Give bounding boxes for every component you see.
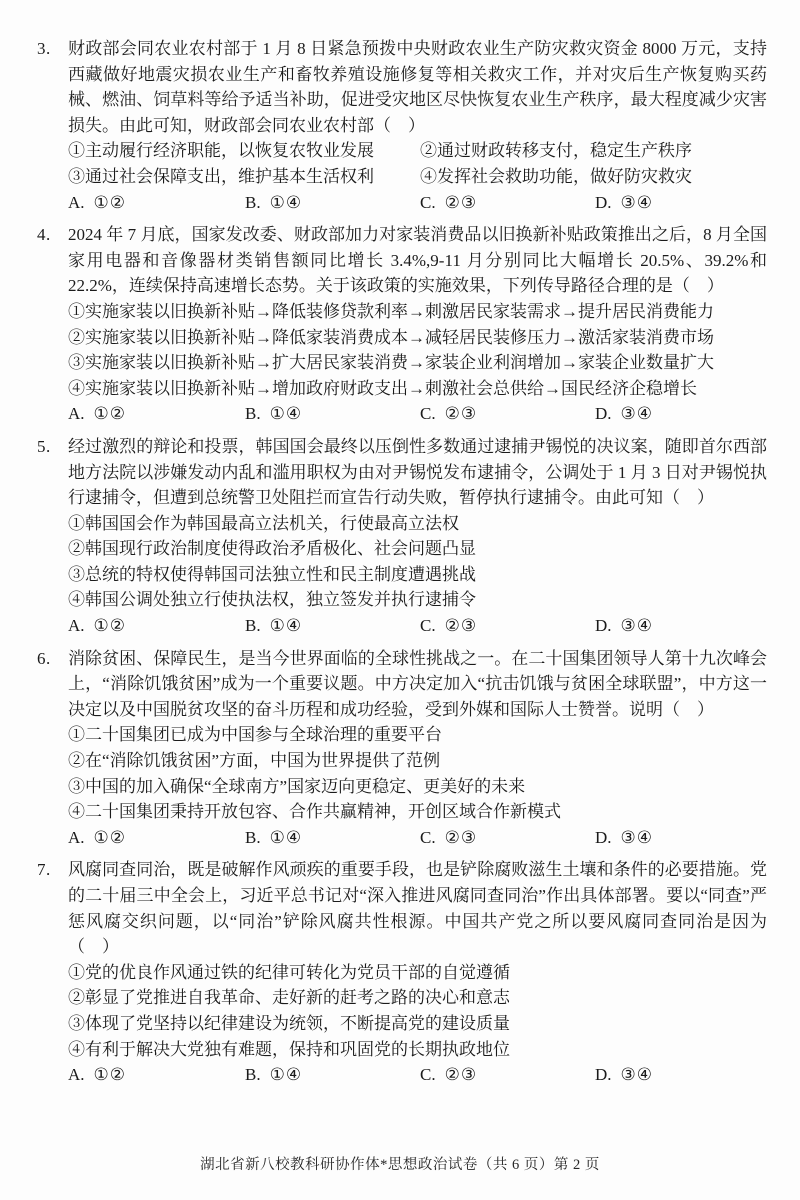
- question-item: 7.风腐同查同治，既是破解作风顽疾的重要手段，也是铲除腐败滋生土壤和条件的必要措…: [37, 857, 767, 1087]
- choice-item: D.③④: [595, 190, 767, 216]
- question-stem: 2024 年 7 月底，国家发改委、财政部加力对家装消费品以旧换新补贴政策推出之…: [68, 222, 767, 299]
- option-list: ①二十国集团已成为中国参与全球治理的重要平台②在“消除饥饿贫困”方面，中国为世界…: [68, 722, 767, 824]
- option-line: ③实施家装以旧换新补贴→扩大居民家装消费→家装企业利润增加→家装企业数量扩大: [68, 350, 767, 376]
- question-body: 风腐同查同治，既是破解作风顽疾的重要手段，也是铲除腐败滋生土壤和条件的必要措施。…: [68, 857, 767, 1087]
- question-item: 5.经过激烈的辩论和投票，韩国国会最终以压倒性多数通过逮捕尹锡悦的决议案，随即首…: [37, 434, 767, 639]
- question-list: 3.财政部会同农业农村部于 1 月 8 日紧急预拨中央财政农业生产防灾救灾资金 …: [37, 36, 767, 1088]
- choice-value: ①②: [94, 404, 126, 423]
- option-line: ②彰显了党推进自我革命、走好新的赶考之路的决心和意志: [68, 985, 767, 1011]
- choice-letter: D.: [595, 828, 612, 847]
- option-line: ③通过社会保障支出，维护基本生活权利: [68, 164, 420, 190]
- option-line: ④韩国公调处独立行使执法权，独立签发并执行逮捕令: [68, 587, 767, 613]
- choice-value: ①④: [270, 193, 302, 212]
- page-footer: 湖北省新八校教科研协作体*思想政治试卷（共 6 页）第 2 页: [0, 1153, 800, 1174]
- option-list: ①党的优良作风通过铁的纪律可转化为党员干部的自觉遵循②彰显了党推进自我革命、走好…: [68, 960, 767, 1062]
- option-line: ①党的优良作风通过铁的纪律可转化为党员干部的自觉遵循: [68, 960, 767, 986]
- choice-value: ①④: [270, 828, 302, 847]
- choice-item: B.①④: [245, 613, 420, 639]
- choice-value: ①②: [94, 828, 126, 847]
- option-line: ②韩国现行政治制度使得政治矛盾极化、社会问题凸显: [68, 536, 767, 562]
- question-body: 消除贫困、保障民生，是当今世界面临的全球性挑战之一。在二十国集团领导人第十九次峰…: [68, 646, 767, 851]
- question-number: 4.: [37, 222, 68, 427]
- choice-letter: C.: [420, 616, 436, 635]
- choice-letter: B.: [245, 828, 261, 847]
- choice-item: C.②③: [420, 825, 595, 851]
- choice-item: C.②③: [420, 613, 595, 639]
- choice-value: ③④: [621, 1065, 653, 1084]
- choice-letter: A.: [68, 616, 85, 635]
- choice-value: ①②: [94, 1065, 126, 1084]
- option-line: ②实施家装以旧换新补贴→降低家装消费成本→减轻居民装修压力→激活家装消费市场: [68, 325, 767, 351]
- choice-letter: D.: [595, 193, 612, 212]
- choice-value: ①④: [270, 616, 302, 635]
- option-line: ①二十国集团已成为中国参与全球治理的重要平台: [68, 722, 767, 748]
- choice-item: B.①④: [245, 401, 420, 427]
- choice-letter: B.: [245, 404, 261, 423]
- choice-item: D.③④: [595, 825, 767, 851]
- choice-item: D.③④: [595, 1062, 767, 1088]
- choice-item: A.①②: [68, 1062, 245, 1088]
- question-stem: 风腐同查同治，既是破解作风顽疾的重要手段，也是铲除腐败滋生土壤和条件的必要措施。…: [68, 857, 767, 959]
- choice-value: ②③: [445, 616, 477, 635]
- choice-value: ③④: [621, 616, 653, 635]
- question-stem: 消除贫困、保障民生，是当今世界面临的全球性挑战之一。在二十国集团领导人第十九次峰…: [68, 646, 767, 723]
- choice-item: A.①②: [68, 825, 245, 851]
- question-body: 经过激烈的辩论和投票，韩国国会最终以压倒性多数通过逮捕尹锡悦的决议案，随即首尔西…: [68, 434, 767, 639]
- choice-letter: D.: [595, 404, 612, 423]
- option-line: ②通过财政转移支付，稳定生产秩序: [420, 138, 767, 164]
- option-list: ①实施家装以旧换新补贴→降低装修贷款利率→刺激居民家装需求→提升居民消费能力②实…: [68, 299, 767, 401]
- choice-item: C.②③: [420, 1062, 595, 1088]
- option-list: ①主动履行经济职能，以恢复农牧业发展②通过财政转移支付，稳定生产秩序③通过社会保…: [68, 138, 767, 189]
- choice-row: A.①②B.①④C.②③D.③④: [68, 613, 767, 639]
- option-line: ①实施家装以旧换新补贴→降低装修贷款利率→刺激居民家装需求→提升居民消费能力: [68, 299, 767, 325]
- question-number: 5.: [37, 434, 68, 639]
- question-number: 6.: [37, 646, 68, 851]
- choice-value: ②③: [445, 193, 477, 212]
- choice-row: A.①②B.①④C.②③D.③④: [68, 190, 767, 216]
- choice-letter: A.: [68, 404, 85, 423]
- question-item: 4.2024 年 7 月底，国家发改委、财政部加力对家装消费品以旧换新补贴政策推…: [37, 222, 767, 427]
- choice-item: C.②③: [420, 401, 595, 427]
- choice-value: ③④: [621, 193, 653, 212]
- choice-item: B.①④: [245, 1062, 420, 1088]
- choice-item: A.①②: [68, 613, 245, 639]
- choice-item: C.②③: [420, 190, 595, 216]
- choice-item: A.①②: [68, 190, 245, 216]
- choice-value: ③④: [621, 404, 653, 423]
- choice-letter: B.: [245, 616, 261, 635]
- option-line: ③中国的加入确保“全球南方”国家迈向更稳定、更美好的未来: [68, 774, 767, 800]
- choice-letter: A.: [68, 1065, 85, 1084]
- choice-value: ②③: [445, 828, 477, 847]
- choice-letter: A.: [68, 828, 85, 847]
- choice-row: A.①②B.①④C.②③D.③④: [68, 1062, 767, 1088]
- question-stem: 经过激烈的辩论和投票，韩国国会最终以压倒性多数通过逮捕尹锡悦的决议案，随即首尔西…: [68, 434, 767, 511]
- choice-letter: D.: [595, 1065, 612, 1084]
- choice-value: ②③: [445, 1065, 477, 1084]
- choice-item: A.①②: [68, 401, 245, 427]
- choice-item: B.①④: [245, 825, 420, 851]
- choice-value: ①②: [94, 616, 126, 635]
- choice-letter: C.: [420, 1065, 436, 1084]
- option-line: ②在“消除饥饿贫困”方面，中国为世界提供了范例: [68, 748, 767, 774]
- choice-row: A.①②B.①④C.②③D.③④: [68, 825, 767, 851]
- choice-item: D.③④: [595, 401, 767, 427]
- choice-letter: D.: [595, 616, 612, 635]
- option-line: ①主动履行经济职能，以恢复农牧业发展: [68, 138, 420, 164]
- choice-value: ①②: [94, 193, 126, 212]
- question-number: 3.: [37, 36, 68, 215]
- option-line: ④有利于解决大党独有难题，保持和巩固党的长期执政地位: [68, 1037, 767, 1063]
- question-body: 2024 年 7 月底，国家发改委、财政部加力对家装消费品以旧换新补贴政策推出之…: [68, 222, 767, 427]
- question-body: 财政部会同农业农村部于 1 月 8 日紧急预拨中央财政农业生产防灾救灾资金 80…: [68, 36, 767, 215]
- choice-letter: C.: [420, 193, 436, 212]
- option-list: ①韩国国会作为韩国最高立法机关，行使最高立法权②韩国现行政治制度使得政治矛盾极化…: [68, 511, 767, 613]
- exam-page: 3.财政部会同农业农村部于 1 月 8 日紧急预拨中央财政农业生产防灾救灾资金 …: [0, 0, 800, 1088]
- option-line: ③总统的特权使得韩国司法独立性和民主制度遭遇挑战: [68, 562, 767, 588]
- option-line: ④发挥社会救助功能，做好防灾救灾: [420, 164, 767, 190]
- choice-letter: C.: [420, 828, 436, 847]
- choice-row: A.①②B.①④C.②③D.③④: [68, 401, 767, 427]
- question-item: 6.消除贫困、保障民生，是当今世界面临的全球性挑战之一。在二十国集团领导人第十九…: [37, 646, 767, 851]
- choice-letter: B.: [245, 193, 261, 212]
- choice-value: ①④: [270, 404, 302, 423]
- choice-value: ③④: [621, 828, 653, 847]
- option-line: ④实施家装以旧换新补贴→增加政府财政支出→刺激社会总供给→国民经济企稳增长: [68, 376, 767, 402]
- choice-letter: A.: [68, 193, 85, 212]
- choice-item: B.①④: [245, 190, 420, 216]
- choice-letter: C.: [420, 404, 436, 423]
- choice-item: D.③④: [595, 613, 767, 639]
- option-line: ④二十国集团秉持开放包容、合作共赢精神，开创区域合作新模式: [68, 799, 767, 825]
- option-line: ①韩国国会作为韩国最高立法机关，行使最高立法权: [68, 511, 767, 537]
- question-number: 7.: [37, 857, 68, 1087]
- choice-letter: B.: [245, 1065, 261, 1084]
- option-line: ③体现了党坚持以纪律建设为统领，不断提高党的建设质量: [68, 1011, 767, 1037]
- choice-value: ②③: [445, 404, 477, 423]
- question-stem: 财政部会同农业农村部于 1 月 8 日紧急预拨中央财政农业生产防灾救灾资金 80…: [68, 36, 767, 138]
- question-item: 3.财政部会同农业农村部于 1 月 8 日紧急预拨中央财政农业生产防灾救灾资金 …: [37, 36, 767, 215]
- choice-value: ①④: [270, 1065, 302, 1084]
